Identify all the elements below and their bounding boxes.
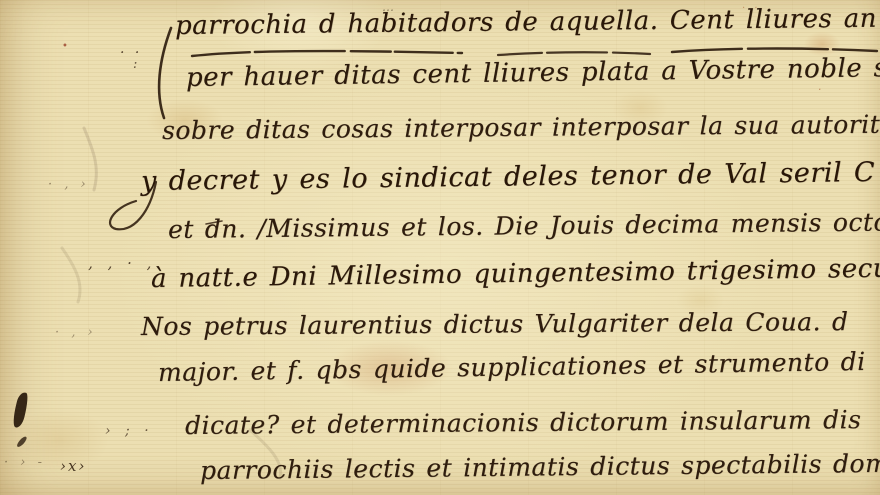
manuscript-line: et dn. /Missimus et los. Die Jouis decim… — [168, 209, 880, 242]
margin-ink-dots: : — [133, 58, 137, 71]
manuscript-line: parrochia d habitadors de aquella. Cent … — [175, 6, 877, 39]
ink-blot — [11, 391, 30, 429]
underline-stroke — [672, 49, 877, 53]
manuscript-line: y decret y es lo sindicat deles tenor de… — [141, 159, 875, 195]
underline-stroke — [192, 51, 462, 56]
manuscript-line: sobre ditas cosas interposar interposar … — [162, 112, 880, 143]
manuscript-line: major. et f. qbs quide supplicationes et… — [158, 349, 866, 385]
manuscript-line: per hauer ditas cent lliures plata a Vos… — [186, 55, 880, 91]
margin-ink-dots: ‚ ‚ · , — [88, 256, 156, 271]
showthrough-stroke — [62, 248, 80, 302]
manuscript-line: dicate? et determinacionis dictorum insu… — [185, 407, 862, 438]
underline-stroke — [498, 52, 650, 55]
margin-ink-dots: · ‚ › — [55, 326, 97, 339]
margin-ink-dots: · › - — [4, 456, 46, 469]
margin-ink-dots: … — [382, 1, 394, 13]
margin-ink-dots: · ‚ › — [48, 178, 90, 191]
manuscript-page: parrochia d habitadors de aquella. Cent … — [0, 0, 880, 495]
red-ink-dot: • — [62, 42, 68, 52]
margin-ink-dots: › ; · — [105, 424, 154, 438]
opening-flourish-stroke — [159, 28, 171, 118]
manuscript-line: Nos petrus laurentius dictus Vulgariter … — [141, 309, 849, 339]
margin-ink-dots: · · — [120, 46, 142, 60]
manuscript-line: à natt.e Dni Millesimo quingentesimo tri… — [151, 256, 880, 292]
paper-fleck: · — [818, 84, 822, 95]
margin-x-mark: ›x› — [60, 459, 86, 474]
paper-fleck: · · — [742, 4, 761, 14]
manuscript-line: parrochiis lectis et intimatis dictus sp… — [200, 451, 880, 483]
